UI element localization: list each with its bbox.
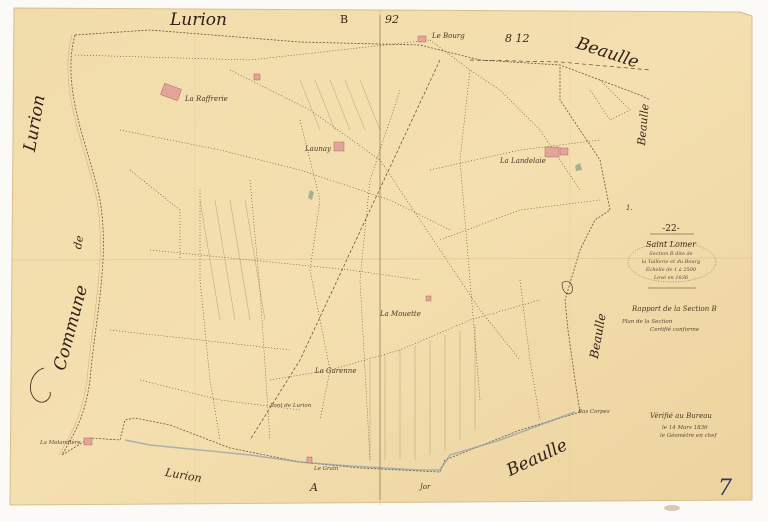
sheet-number: -22- <box>628 224 714 234</box>
place-label-molandiere: La Molandière <box>40 441 81 447</box>
cartouche-line-1: Section B dite de <box>628 251 714 257</box>
place-label-pont: Pont de Lurion <box>270 404 311 410</box>
cartouche-line-2: la Taillerie et du Bourg <box>628 259 714 265</box>
commune-label-top: Lurion <box>170 12 227 29</box>
place-label-bourg: Le Bourg <box>432 33 465 40</box>
title-cartouche: -22- Saint Lomer Section B dite de la Ta… <box>628 224 714 281</box>
commune-label-de: de <box>72 235 85 250</box>
place-label-landelaie: La Landelaie <box>500 158 546 165</box>
place-label-mouette: La Mouette <box>380 311 421 318</box>
verification-line-1: le 14 Mars 1836 <box>662 426 708 432</box>
place-label-legrain: Le Grain <box>314 467 338 473</box>
place-label-launay: Launay <box>305 146 331 153</box>
section-letter: B <box>340 14 348 25</box>
verification-line-2: le Géomètre en chef <box>660 434 717 440</box>
verification-note: Vérifié au Bureau <box>650 413 712 420</box>
place-label-bascorpes: Bas Corpes <box>578 410 610 416</box>
plate-number: 7 <box>718 478 732 500</box>
scale-note-line-2: Certifié conforme <box>650 328 699 334</box>
reference-label-jor: Jor <box>420 484 430 491</box>
scale-note: Rapport de la Section B <box>632 306 717 313</box>
section-number: 92 <box>385 14 399 25</box>
place-label-raffrerie: La Raffrerie <box>185 96 228 103</box>
reference-label: 8 12 <box>505 33 530 44</box>
place-label-garenne: La Garenne <box>315 368 356 375</box>
commune-label-right: Beaulle <box>636 103 651 146</box>
cadastral-map: Lurion B 92 Le Bourg 8 12 Beaulle Lurion… <box>0 0 768 522</box>
annotation-small: 1. <box>626 205 633 212</box>
cartouche-line-4: Levé en 1836 <box>628 275 714 281</box>
reference-label-a: A <box>310 482 318 493</box>
cartouche-line-3: Échelle de 1 à 2500 <box>628 267 714 273</box>
map-title: Saint Lomer <box>628 240 714 249</box>
scale-note-line-1: Plan de la Section <box>622 320 672 326</box>
